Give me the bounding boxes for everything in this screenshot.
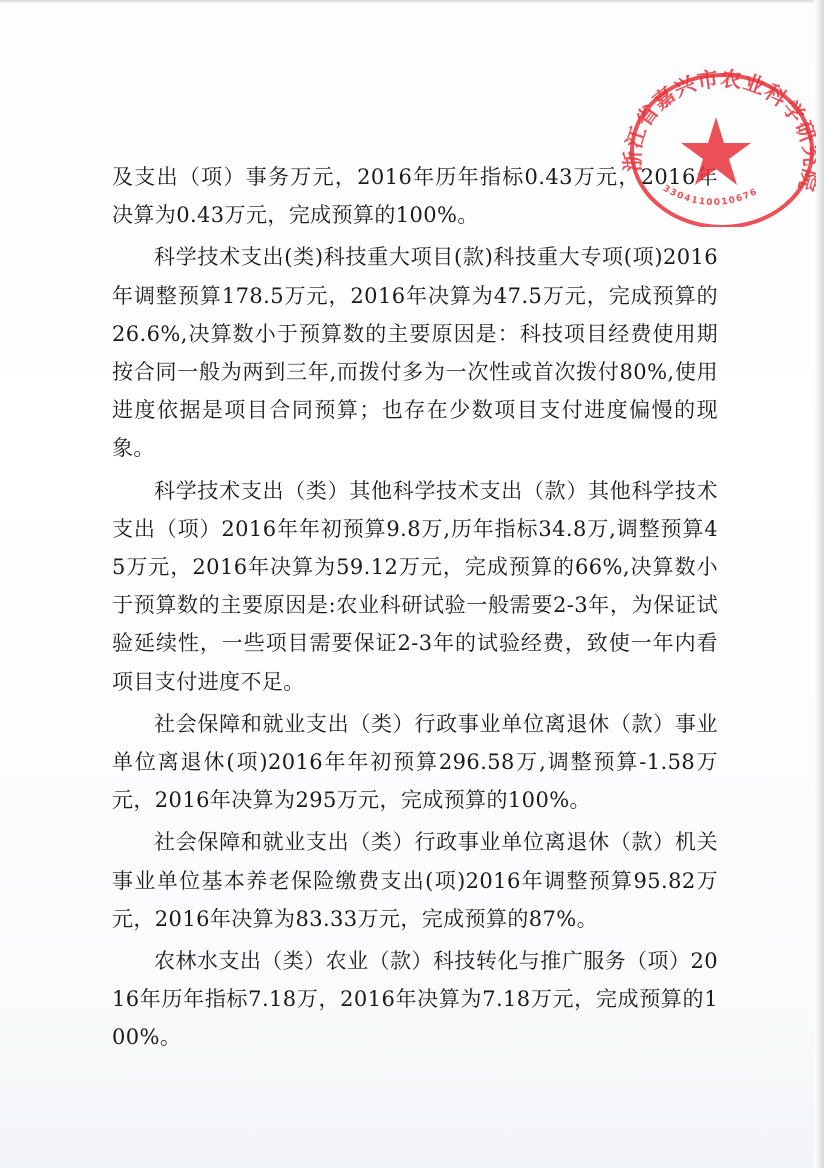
paragraph-5: 社会保障和就业支出（类）行政事业单位离退休（款）机关事业单位基本养老保险缴费支出… xyxy=(112,823,718,938)
paragraph-2: 科学技术支出(类)科技重大项目(款)科技重大专项(项)2016年调整预算178.… xyxy=(112,238,718,467)
official-seal-stamp: 浙江省嘉兴市农业科学研究院(所) 3304110010676 xyxy=(604,65,816,227)
paragraph-6: 农林水支出（类）农业（款）科技转化与推广服务（项）2016年历年指标7.18万，… xyxy=(112,942,718,1057)
seal-code-text: 3304110010676 xyxy=(661,184,760,208)
document-body: 及支出（项）事务万元，2016年历年指标0.43万元，2016年决算为0.43万… xyxy=(112,158,718,1057)
paragraph-4: 社会保障和就业支出（类）行政事业单位离退休（款）事业单位离退休(项)2016年年… xyxy=(112,705,718,820)
scanned-page: 及支出（项）事务万元，2016年历年指标0.43万元，2016年决算为0.43万… xyxy=(0,0,824,1168)
scan-edge-top xyxy=(0,0,824,4)
paragraph-3: 科学技术支出（类）其他科学技术支出（款）其他科学技术支出（项）2016年年初预算… xyxy=(112,472,718,701)
star-icon xyxy=(681,117,751,185)
